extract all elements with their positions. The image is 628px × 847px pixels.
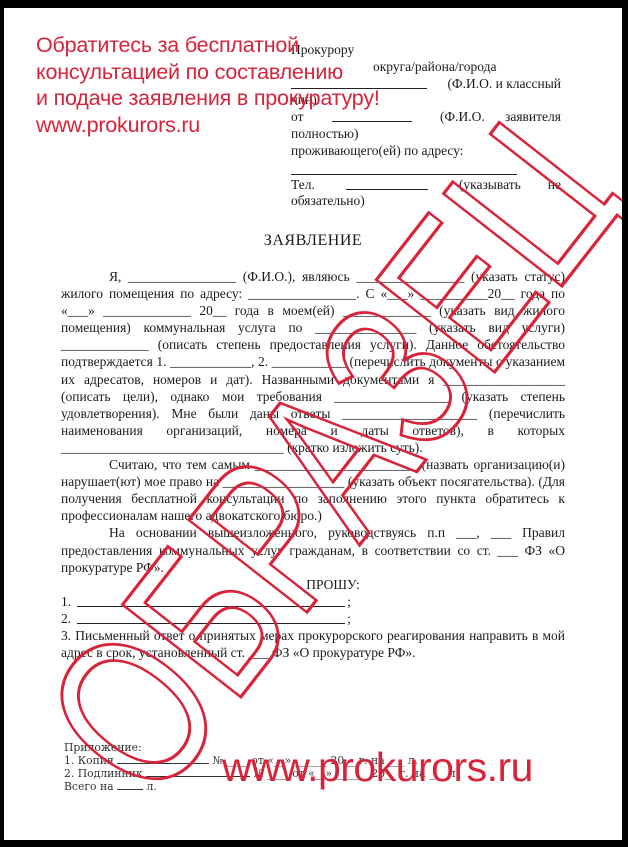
request-item-1: 1. ;: [61, 593, 565, 610]
phone-blank: [346, 177, 428, 190]
promo-line-2: консультацией по составлению: [36, 59, 380, 86]
promo-line-1: Обратитесь за бесплатной: [36, 32, 380, 59]
promo-banner[interactable]: Обратитесь за бесплатной консультацией п…: [36, 32, 380, 138]
phone-hint: (указывать не: [459, 177, 561, 194]
paragraph-legal-basis: На основании вышеизложенного, руководств…: [61, 524, 565, 575]
phone-label: Тел.: [291, 177, 315, 194]
request-2-blank: [77, 610, 345, 624]
phone-hint-2: обязательно): [291, 193, 561, 210]
addressee-fio-hint: (Ф.И.О. и классный: [447, 76, 561, 93]
paragraph-circumstances: Я, ________________ (Ф.И.О.), являюсь __…: [61, 268, 565, 456]
request-item-3: 3. Письменный ответ о принятых мерах про…: [61, 627, 565, 661]
document-body: Я, ________________ (Ф.И.О.), являюсь __…: [61, 268, 565, 661]
document-title: ЗАЯВЛЕНИЕ: [4, 232, 622, 250]
request-item-2: 2. ;: [61, 610, 565, 627]
document-page: Обратитесь за бесплатной консультацией п…: [4, 8, 622, 840]
bottom-site-link[interactable]: www.prokurors.ru: [222, 744, 533, 791]
phone-row: Тел. (указывать не: [291, 177, 561, 194]
paragraph-violation: Считаю, что тем самым __________________…: [61, 456, 565, 524]
address-blank: [291, 160, 517, 175]
request-1-blank: [77, 593, 345, 607]
request-heading: ПРОШУ:: [61, 576, 565, 593]
residing-label: проживающего(ей) по адресу:: [291, 143, 561, 160]
promo-site-link[interactable]: www.prokurors.ru: [36, 112, 380, 139]
promo-line-3: и подаче заявления в прокуратуру!: [36, 85, 380, 112]
applicant-hint: (Ф.И.О. заявителя: [440, 109, 561, 126]
